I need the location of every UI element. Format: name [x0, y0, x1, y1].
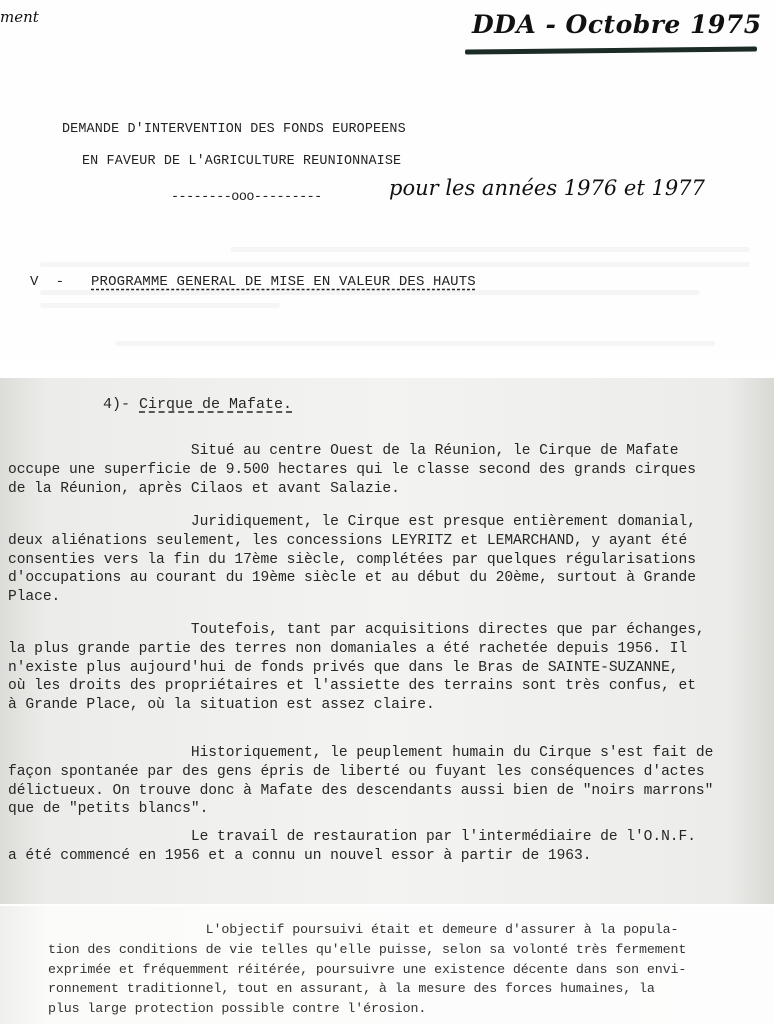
paragraph-situation: Situé au centre Ouest de la Réunion, le …	[8, 442, 768, 498]
bleed-through-line	[40, 303, 280, 308]
paragraph-land-acquisition: Toutefois, tant par acquisitions directe…	[8, 621, 768, 715]
text-line: consenties vers la fin du 17ème siècle, …	[8, 551, 768, 570]
bleed-through-line	[115, 341, 715, 346]
bleed-through-line	[40, 262, 750, 267]
text-line: où les droits des propriétaires et l'ass…	[8, 677, 768, 696]
bleed-through-line	[40, 290, 700, 295]
document-title-line-1: DEMANDE D'INTERVENTION DES FONDS EUROPEE…	[62, 122, 406, 137]
paragraph-history: Historiquement, le peuplement humain du …	[8, 744, 768, 819]
paragraph-legal-status: Juridiquement, le Cirque est presque ent…	[8, 513, 768, 607]
text-line: délictueux. On trouve donc à Mafate des …	[8, 782, 768, 801]
document-title-line-2: EN FAVEUR DE L'AGRICULTURE REUNIONNAISE	[82, 154, 401, 169]
text-line: Situé au centre Ouest de la Réunion, le …	[8, 442, 768, 461]
scan-top-page: ment DDA - Octobre 1975 DEMANDE D'INTERV…	[0, 0, 774, 360]
paragraph-restoration: Le travail de restauration par l'intermé…	[8, 828, 768, 866]
paragraph-objective: L'objectif poursuivi était et demeure d'…	[48, 920, 686, 1019]
scan-bottom-page: L'objectif poursuivi était et demeure d'…	[0, 906, 774, 1024]
scan-middle-page: 4)- Cirque de Mafate. Situé au centre Ou…	[0, 378, 774, 904]
text-line: la plus grande partie des terres non dom…	[8, 640, 768, 659]
text-line: ronnement traditionnel, tout en assurant…	[48, 979, 686, 999]
subsection-number: 4)-	[103, 396, 139, 413]
text-line: L'objectif poursuivi était et demeure d'…	[48, 920, 686, 940]
title-separator: --------ooo---------	[171, 190, 322, 205]
text-line: à Grande Place, où la situation est asse…	[8, 696, 768, 715]
text-line: Toutefois, tant par acquisitions directe…	[8, 621, 768, 640]
text-line: façon spontanée par des gens épris de li…	[8, 763, 768, 782]
text-line: occupe une superficie de 9.500 hectares …	[8, 461, 768, 480]
text-line: que de "petits blancs".	[8, 800, 768, 819]
text-line: plus large protection possible contre l'…	[48, 999, 686, 1019]
handwritten-years-note: pour les années 1976 et 1977	[389, 176, 705, 200]
bleed-through-line	[230, 247, 750, 252]
text-line: deux aliénations seulement, les concessi…	[8, 532, 768, 551]
text-line: d'occupations au courant du 19ème siècle…	[8, 569, 768, 588]
text-line: Historiquement, le peuplement humain du …	[8, 744, 768, 763]
subsection-heading: 4)- Cirque de Mafate.	[103, 396, 292, 413]
text-line: a été commencé en 1956 et a connu un nou…	[8, 847, 768, 866]
subsection-title: Cirque de Mafate.	[139, 396, 292, 413]
text-line: exprimée et fréquemment réitérée, poursu…	[48, 960, 686, 980]
corner-text-fragment: ment	[0, 8, 39, 26]
text-line: n'existe plus aujourd'hui de fonds privé…	[8, 659, 768, 678]
text-line: Le travail de restauration par l'intermé…	[8, 828, 768, 847]
text-line: Place.	[8, 588, 768, 607]
section-title: PROGRAMME GENERAL DE MISE EN VALEUR DES …	[91, 274, 476, 290]
reference-stamp: DDA - Octobre 1975	[472, 10, 762, 39]
text-line: tion des conditions de vie telles qu'ell…	[48, 940, 686, 960]
reference-underline	[465, 46, 757, 54]
scan-gap	[0, 360, 774, 378]
section-number: V -	[30, 274, 64, 290]
text-line: de la Réunion, après Cilaos et avant Sal…	[8, 480, 768, 499]
text-line: Juridiquement, le Cirque est presque ent…	[8, 513, 768, 532]
